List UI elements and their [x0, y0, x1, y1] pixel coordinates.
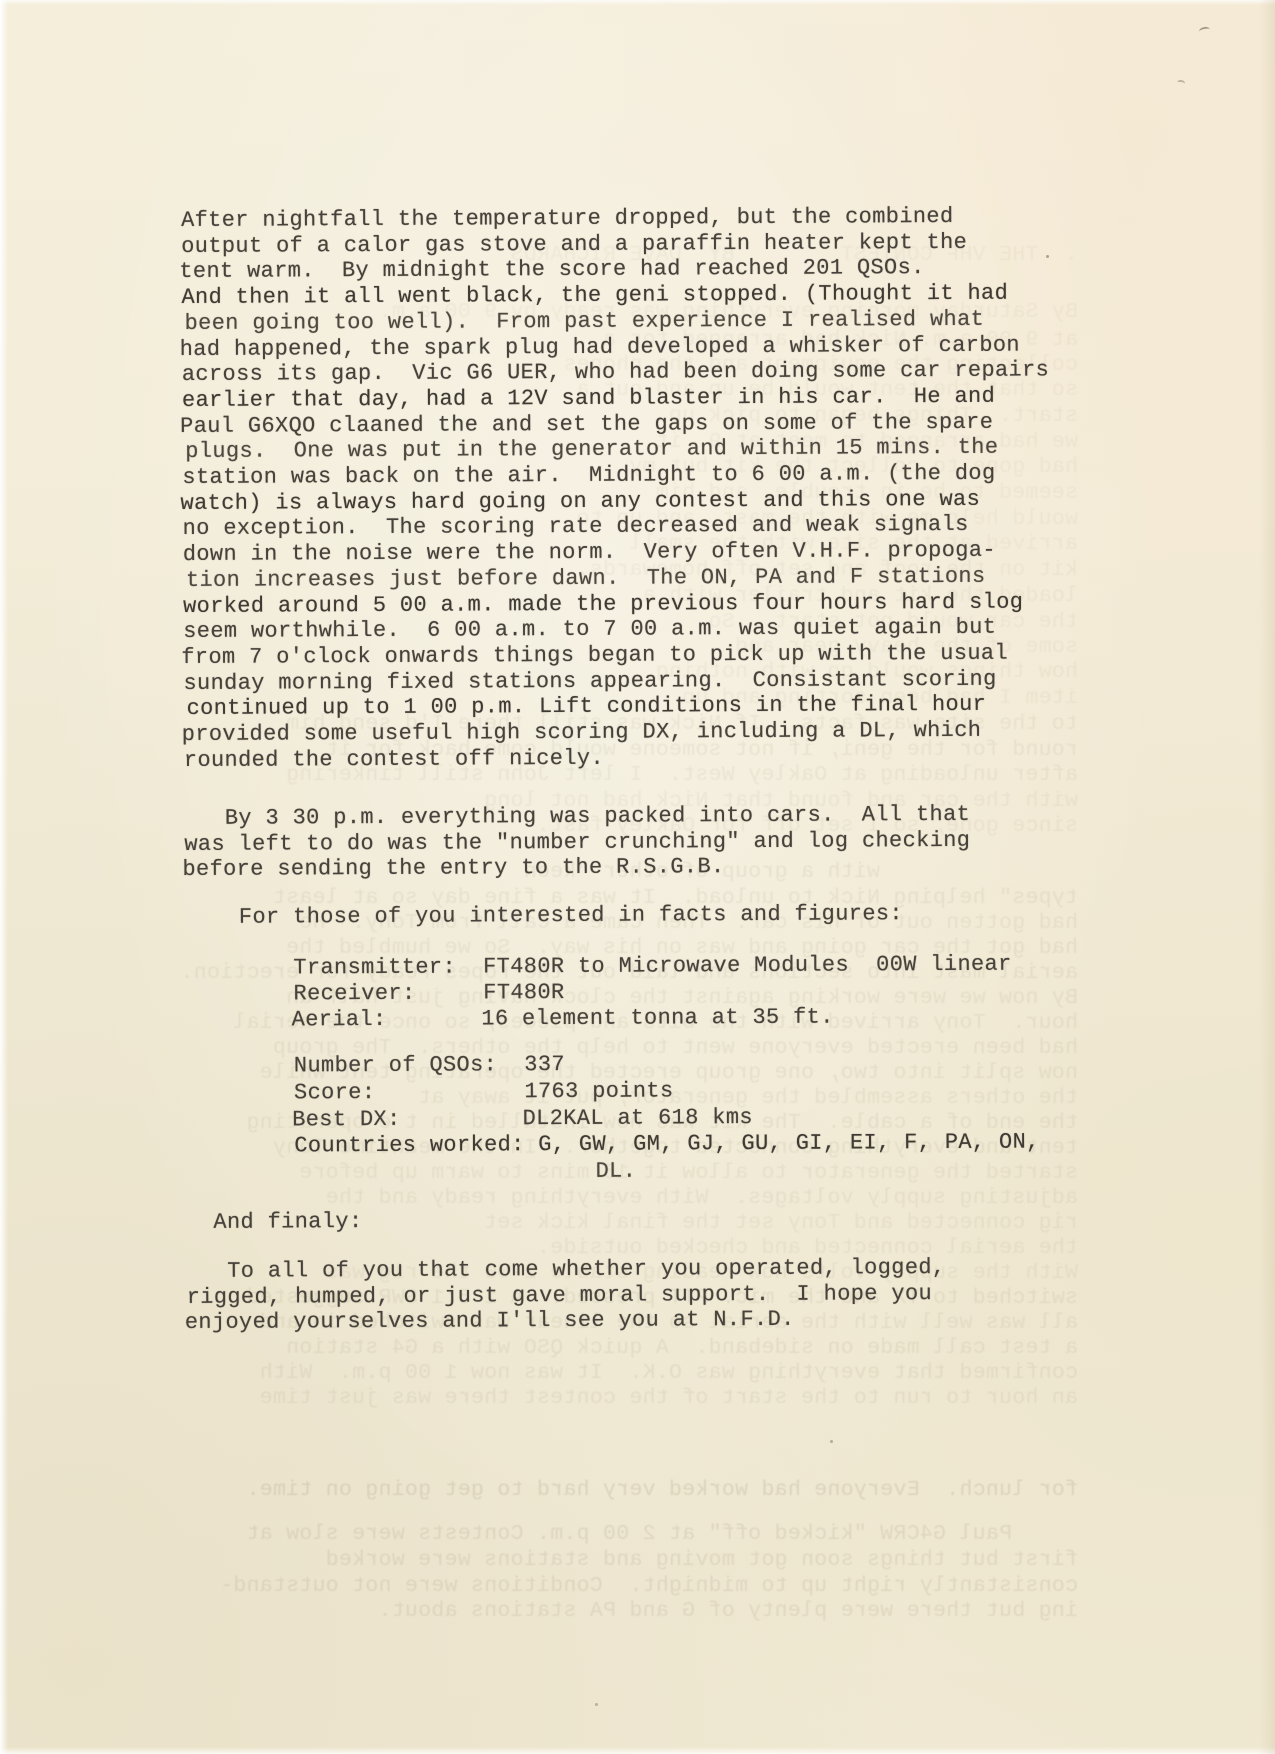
text-line: rounded the contest off nicely.	[184, 743, 1051, 773]
text-line: tion increases just before dawn. The ON,…	[186, 563, 1050, 593]
text-line: was left to do was the "number crunching…	[184, 828, 970, 858]
text-line: before sending the entry to the R.S.G.B.	[182, 853, 970, 883]
finally-heading-line: And finaly:	[186, 1209, 362, 1236]
text-line: enjoyed yourselves and I'll see you at N…	[185, 1306, 946, 1336]
facts-intro: For those of you interested in facts and…	[185, 901, 903, 930]
equipment-line: Transmitter: FT480R to Microwave Modules…	[185, 952, 1012, 982]
scanned-document-page: . THE VHF CONTEST BY DAVE RICHARDSBy Sat…	[0, 0, 1275, 1754]
results-line: Countries worked: G, GW, GM, GJ, GU, GI,…	[186, 1130, 1040, 1161]
paragraph-contest-night: After nightfall the temperature dropped,…	[181, 203, 1051, 773]
equipment-line: Aerial: 16 element tonna at 35 ft.	[183, 1004, 1012, 1034]
results-line: DL.	[189, 1157, 1040, 1188]
text-line: To all of you that come whether you oper…	[186, 1255, 945, 1285]
text-line: been going too well). From past experien…	[185, 306, 1049, 336]
facts-intro-line: For those of you interested in facts and…	[185, 901, 903, 930]
text-line: rigged, humped, or just gave moral suppo…	[187, 1281, 946, 1311]
text-line: earlier that day, had a 12V sand blaster…	[182, 383, 1049, 413]
results-list: Number of QSOs: 337 Score: 1763 points B…	[185, 1050, 1039, 1188]
finally-heading: And finaly:	[186, 1209, 362, 1236]
text-line: from 7 o'clock onwards things began to p…	[181, 640, 1050, 670]
paragraph-closing-thanks: To all of you that come whether you oper…	[186, 1255, 945, 1336]
text-line: By 3 30 p.m. everything was packed into …	[184, 802, 970, 832]
paragraph-packing-up: By 3 30 p.m. everything was packed into …	[184, 802, 970, 883]
equipment-list: Transmitter: FT480R to Microwave Modules…	[185, 952, 1012, 1034]
typewritten-text-column: After nightfall the temperature dropped,…	[0, 0, 1275, 1754]
text-line: provided some useful high scoring DX, in…	[182, 718, 1051, 748]
